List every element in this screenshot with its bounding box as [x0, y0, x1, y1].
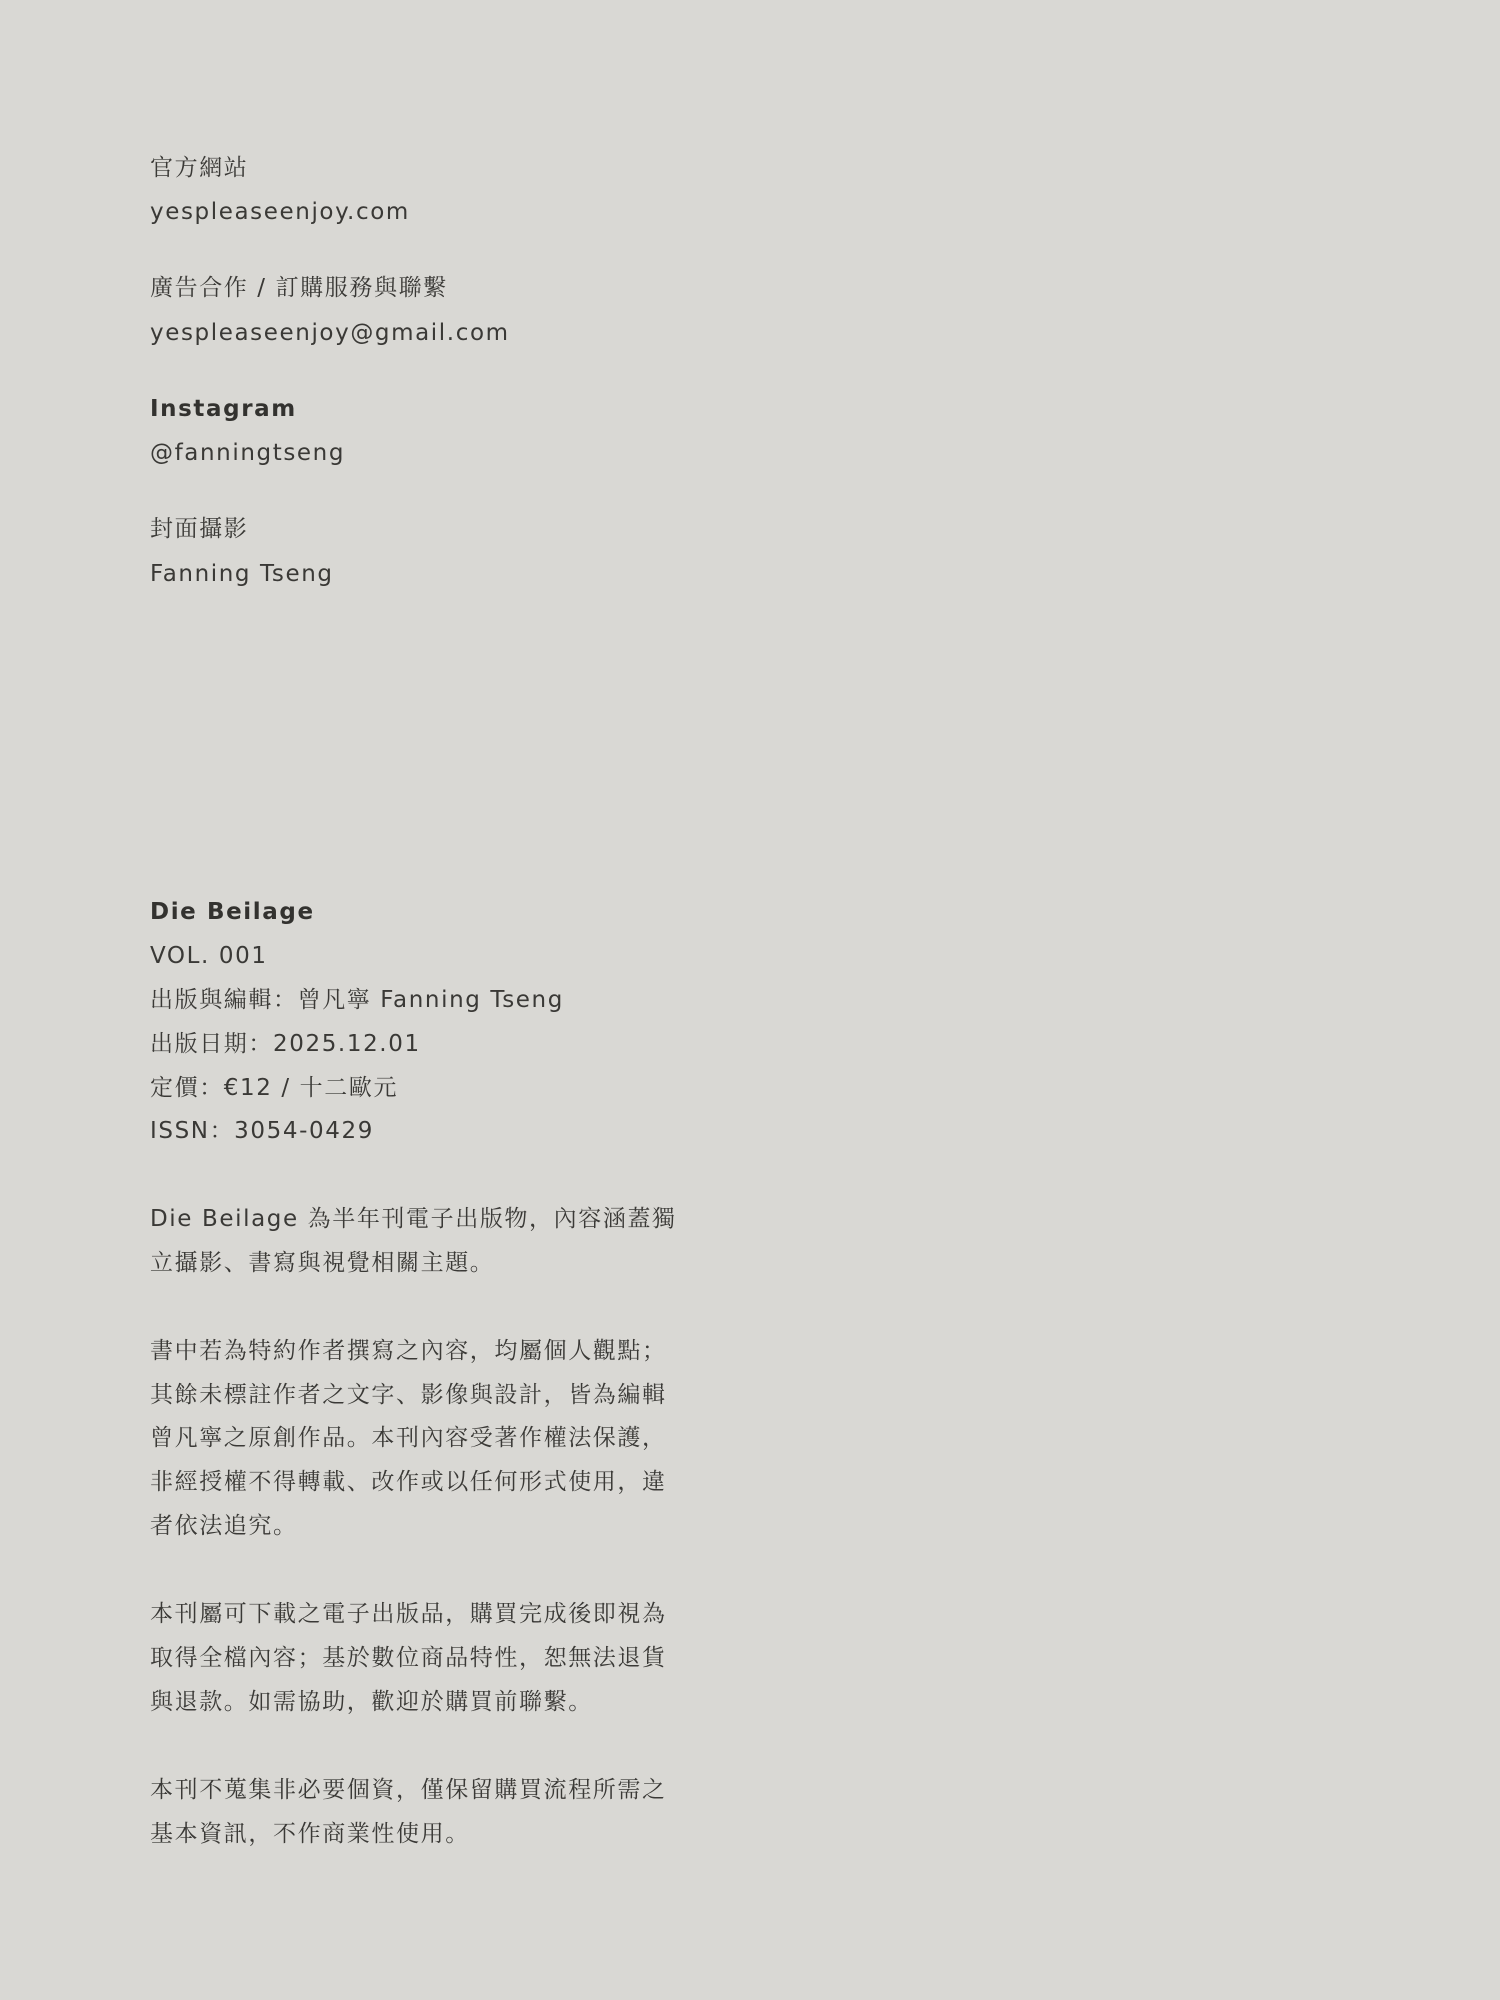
paragraph-line: Die Beilage 為半年刊電子出版物，內容涵蓋獨: [150, 1197, 677, 1241]
volume: VOL. 001: [150, 934, 268, 978]
cover-photo-credit: Fanning Tseng: [150, 552, 334, 596]
paragraph-line: 與退款。如需協助，歡迎於購買前聯繫。: [150, 1680, 593, 1724]
publish-date: 出版日期：2025.12.01: [150, 1022, 421, 1066]
ads-contact-label: 廣告合作 / 訂購服務與聯繫: [150, 266, 448, 310]
price: 定價：€12 / 十二歐元: [150, 1066, 398, 1110]
paragraph-line: 者依法追究。: [150, 1504, 298, 1548]
paragraph-line: 非經授權不得轉載、改作或以任何形式使用，違: [150, 1460, 667, 1504]
instagram-handle[interactable]: @fanningtseng: [150, 431, 345, 475]
paragraph-line: 立攝影、書寫與視覺相關主題。: [150, 1241, 494, 1285]
paragraph-line: 取得全檔內容；基於數位商品特性，恕無法退貨: [150, 1636, 667, 1680]
paragraph-line: 本刊屬可下載之電子出版品，購買完成後即視為: [150, 1592, 667, 1636]
paragraph-line: 其餘未標註作者之文字、影像與設計，皆為編輯: [150, 1373, 667, 1417]
paragraph-line: 本刊不蒐集非必要個資，僅保留購買流程所需之: [150, 1768, 667, 1812]
paragraph-line: 書中若為特約作者撰寫之內容，均屬個人觀點；: [150, 1329, 667, 1373]
publication-title: Die Beilage: [150, 890, 315, 934]
issn: ISSN：3054-0429: [150, 1109, 374, 1153]
paragraph-line: 曾凡寧之原創作品。本刊內容受著作權法保護，: [150, 1416, 667, 1460]
publisher: 出版與編輯：曾凡寧 Fanning Tseng: [150, 978, 564, 1022]
cover-photo-label: 封面攝影: [150, 507, 248, 551]
email-link[interactable]: yespleaseenjoy@gmail.com: [150, 311, 510, 355]
paragraph-line: 基本資訊，不作商業性使用。: [150, 1812, 470, 1856]
instagram-label: Instagram: [150, 387, 297, 431]
website-label: 官方網站: [150, 146, 248, 190]
website-link[interactable]: yespleaseenjoy.com: [150, 190, 410, 234]
